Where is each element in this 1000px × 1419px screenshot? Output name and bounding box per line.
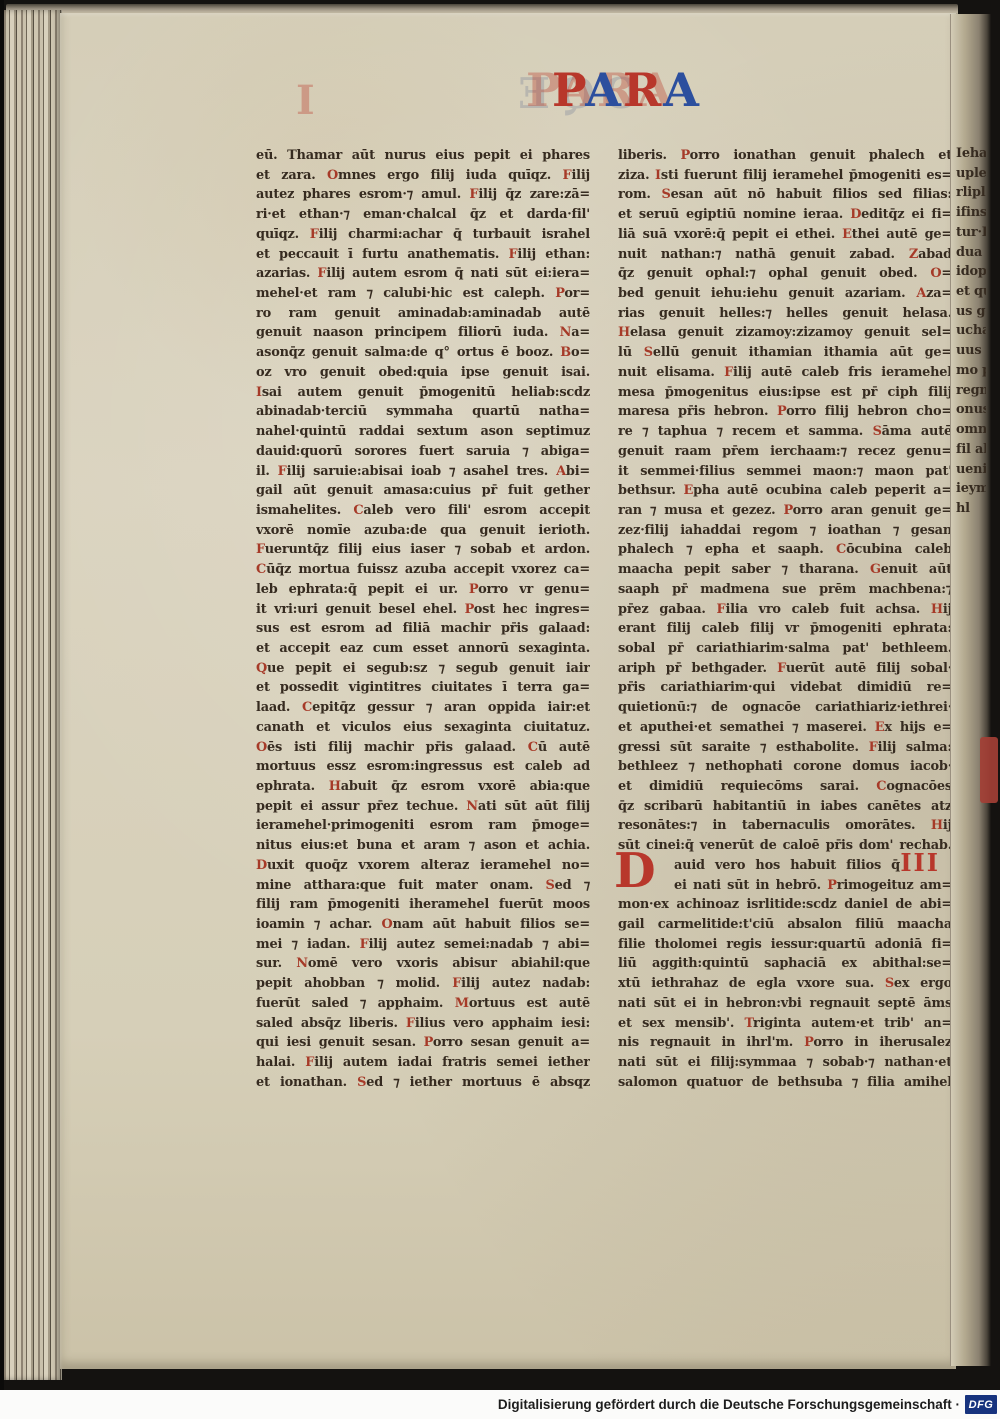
text-line: mortuus essz esrom:ingressus est caleb a… [256, 757, 590, 777]
text-line: uple [956, 164, 986, 184]
book-scan-background: I OQE PARA PARA eū. Thamar aūt nurus eiu… [0, 0, 1000, 1390]
text-line: gail carmelitide:t'ciū absalon filiū maa… [618, 915, 952, 935]
text-line: nahel·quintū raddai sextum ason septimuz [256, 422, 590, 442]
text-line: lū Sellū genuit ithamian ithamia aūt ge= [618, 343, 952, 363]
text-line: hl [956, 499, 986, 519]
text-line: ro ram genuit aminadab:aminadab autē [256, 304, 590, 324]
text-line: filie tholomei regis iessur:quartū adoni… [618, 935, 952, 955]
text-line: Ieha [956, 144, 986, 164]
text-line: mehel·et ram ⁊ calubi·hic est caleph. Po… [256, 284, 590, 304]
text-line: bed genuit iehu:iehu genuit azariam. Aza… [618, 284, 952, 304]
text-line: et dimidiū requiecōms sarai. Cognacōes [618, 777, 952, 797]
text-line: onus·q [956, 400, 986, 420]
text-line: sur. Nomē vero vxoris abisur abiahil:que [256, 954, 590, 974]
text-line: ei nati sūt in hebrō. Primogeituz am= [618, 876, 952, 896]
text-line: et sex mensib'. Triginta autem·et trib' … [618, 1014, 952, 1034]
text-line: ri·et ethan·⁊ eman·chalcal q̄z et darda·… [256, 205, 590, 225]
text-line: ioamin ⁊ achar. Onam aūt habuit filios s… [256, 915, 590, 935]
text-line: halai. Filij autem iadai fratris semei i… [256, 1053, 590, 1073]
digitization-credit-bar: Digitalisierung gefördert durch die Deut… [0, 1390, 1000, 1419]
text-line: fil alibi [956, 440, 986, 460]
text-line: saled absq̄z liberis. Filius vero apphai… [256, 1014, 590, 1034]
text-line: uchar [956, 321, 986, 341]
text-line: eū. Thamar aūt nurus eius pepit ei phare… [256, 146, 590, 166]
text-line: mine atthara:que fuit mater onam. Sed ⁊ [256, 876, 590, 896]
text-line: rias genuit helles:⁊ helles genuit helas… [618, 304, 952, 324]
text-line: et possedit vigintitres ciuitates ī terr… [256, 678, 590, 698]
running-title-area: I OQE PARA PARA [60, 61, 956, 127]
text-line: et quo [956, 282, 986, 302]
text-line: il. Filij saruie:abisai ioab ⁊ asahel tr… [256, 462, 590, 482]
running-title-letter: A [585, 63, 623, 117]
text-line: it semmei·filius semmei maon:⁊ maon pat' [618, 462, 952, 482]
text-line: nuit elisama. Filij autē caleb fris iera… [618, 363, 952, 383]
text-line: salomon quatuor de bethsuba ⁊ filia amih… [618, 1073, 952, 1093]
text-line: et peccauit ī furtu anathematis. Filij e… [256, 245, 590, 265]
text-line: tur·F [956, 223, 986, 243]
text-line: ephrata. Habuit q̄z esrom vxorē abia:que [256, 777, 590, 797]
text-line: rom. Sesan aūt nō habuit filios sed fili… [618, 185, 952, 205]
text-line: gail aūt genuit amasa:cuius pr̄ fuit get… [256, 481, 590, 501]
text-line: qui iesi genuit sesan. Porro sesan genui… [256, 1033, 590, 1053]
text-line: q̄z scribarū habitantiū in iabes canētes… [618, 797, 952, 817]
text-line: ifins [956, 203, 986, 223]
text-line: ziza. Isti fuerunt filij ieramehel p̄mog… [618, 166, 952, 186]
credit-text: Digitalisierung gefördert durch die Deut… [498, 1397, 960, 1412]
text-line: Que pepit ei segub:sz ⁊ segub genuit iai… [256, 659, 590, 679]
bleedthrough-initial: I [296, 77, 315, 124]
text-column-left: eū. Thamar aūt nurus eius pepit ei phare… [256, 146, 590, 1093]
text-line: it vri:uri genuit besel ehel. Post hec i… [256, 600, 590, 620]
text-line: mo pr [956, 361, 986, 381]
text-line: regnis [956, 381, 986, 401]
text-line: autez phares esrom·⁊ amul. Filij q̄z zar… [256, 185, 590, 205]
text-line: mesa p̄mogenitus eius:ipse est pr̄ ciph … [618, 383, 952, 403]
running-title-letter: A [663, 63, 701, 117]
text-line: dua fil [956, 243, 986, 263]
text-column-right: D III liberis. Porro ionathan genuit pha… [618, 146, 952, 1096]
next-page-partial-text: Iehauplerliplifinstur·Fdua filidophaet q… [956, 144, 986, 519]
text-line: ismahelites. Caleb vero fili' esrom acce… [256, 501, 590, 521]
running-title-letter: P [552, 63, 585, 117]
text-line: azarias. Filij autem esrom q̄ nati sūt e… [256, 264, 590, 284]
text-line: gressi sūt saraite ⁊ esthabolite. Filij … [618, 738, 952, 758]
text-line: pr̄ez gabaa. Filia vro caleb fuit achsa.… [618, 600, 952, 620]
red-fore-edge-mark [980, 737, 998, 803]
text-line: maresa pr̄is hebron. Porro filij hebron … [618, 402, 952, 422]
text-line: nis regnauit in ihrl'm. Porro in iherusa… [618, 1033, 952, 1053]
text-line: omnia [956, 420, 986, 440]
text-line: us ge [956, 302, 986, 322]
text-line: ariph pr̄ bethgader. Fuerūt autē filij s… [618, 659, 952, 679]
dfg-logo: DFG [965, 1395, 997, 1414]
text-line: uus d [956, 341, 986, 361]
text-line: resonātes:⁊ in tabernaculis omorātes. Hi… [618, 816, 952, 836]
text-line: bethsur. Epha autē ocubina caleb peperit… [618, 481, 952, 501]
scanned-page-viewer: I OQE PARA PARA eū. Thamar aūt nurus eiu… [0, 0, 1000, 1419]
text-line: ran ⁊ musa et gezez. Porro aran genuit g… [618, 501, 952, 521]
text-line: leb ephrata:q̄ pepit ei ur. Porro vr gen… [256, 580, 590, 600]
text-line: mei ⁊ iadan. Filij autez semei:nadab ⁊ a… [256, 935, 590, 955]
text-line: q̄z genuit ophal:⁊ ophal genuit obed. O= [618, 264, 952, 284]
parchment-page: I OQE PARA PARA eū. Thamar aūt nurus eiu… [60, 13, 956, 1369]
text-line: asonq̄z genuit salma:de q° ortus ē booz.… [256, 343, 590, 363]
text-line: Cūq̄z mortua fuissz azuba accepit vxorez… [256, 560, 590, 580]
text-line: mon·ex achinoaz isrlitide:scdz daniel de… [618, 895, 952, 915]
text-line: Helasa genuit zizamoy:zizamoy genuit sel… [618, 323, 952, 343]
text-line: quīqz. Filij charmi:achar q̄ turbauit is… [256, 225, 590, 245]
text-line: pepit ei assur pr̄ez techue. Nati sūt aū… [256, 797, 590, 817]
text-line: liū aggith:quintū saphaciā ex abithal:se… [618, 954, 952, 974]
text-line: erant filij caleb filij vr p̄mogeniti ep… [618, 619, 952, 639]
text-line: et ionathan. Sed ⁊ iether mortuus ē absq… [256, 1073, 590, 1093]
text-line: nitus eius:et buna et aram ⁊ ason et ach… [256, 836, 590, 856]
chapter-drop-cap: D [614, 851, 656, 891]
text-line: et seruū egiptiū nomine ieraa. Deditq̄z … [618, 205, 952, 225]
text-line: abinadab·terciū symmaha quartū natha= [256, 402, 590, 422]
text-line: genuit raam pr̄em ierchaam:⁊ recez genu= [618, 442, 952, 462]
text-line: bethleez ⁊ nethophati corone domus iacob… [618, 757, 952, 777]
running-title: PARA [552, 63, 701, 117]
text-line: rlipl [956, 183, 986, 203]
text-line: sus est esrom ad filiā machir pr̄is gala… [256, 619, 590, 639]
text-line: oz vro genuit obed:quia ipse genuit isai… [256, 363, 590, 383]
text-line: idopha [956, 262, 986, 282]
text-line: saaph pr̄ madmena sue prēm machbena:⁊ [618, 580, 952, 600]
text-line: sobal pr̄ cariathiarim·salma pat' bethle… [618, 639, 952, 659]
text-line: et aputhei·et semathei ⁊ maserei. Ex hij… [618, 718, 952, 738]
text-line: Duxit quoq̄z vxorem alteraz ieramehel no… [256, 856, 590, 876]
text-line: liā suā vxorē:q̄ pepit ei ethei. Ethei a… [618, 225, 952, 245]
text-line: fuerūt saled ⁊ apphaim. Mortuus est autē [256, 994, 590, 1014]
text-line: Isai autem genuit p̄mogenitū heliab:scdz [256, 383, 590, 403]
text-line: re ⁊ taphua ⁊ recem et samma. Sāma autē [618, 422, 952, 442]
text-line: dauid:quorū sorores fuert saruia ⁊ abiga… [256, 442, 590, 462]
text-line: et accepit eaz cum esset annorū sexagint… [256, 639, 590, 659]
running-title-letter: R [623, 63, 663, 117]
text-line: phalech ⁊ epha et saaph. Cōcubina caleb [618, 540, 952, 560]
text-line: canath et viculos eius sexaginta ciuitat… [256, 718, 590, 738]
text-line: ieramehel·primogeniti esrom ram p̄moge= [256, 816, 590, 836]
text-line: genuit naason principem filiorū iuda. Na… [256, 323, 590, 343]
text-line: nati sūt ei in hebron:vbi regnauit septē… [618, 994, 952, 1014]
text-line: laad. Cepitq̄z gessur ⁊ aran oppida iair… [256, 698, 590, 718]
chapter-numeral: III [900, 848, 940, 877]
text-line: Fueruntq̄z filij eius iaser ⁊ sobab et a… [256, 540, 590, 560]
text-line: quietionū:⁊ de ognacōe cariathiariz·ieth… [618, 698, 952, 718]
text-line: xtū iethrahaz de egla vxore sua. Sex erg… [618, 974, 952, 994]
text-line: filij ram p̄mogeniti iheramehel fuerūt m… [256, 895, 590, 915]
text-line: Oēs isti filij machir pr̄is galaad. Cū a… [256, 738, 590, 758]
text-line: nati sūt ei filij:symmaa ⁊ sobab·⁊ natha… [618, 1053, 952, 1073]
text-line: pr̄is cariathiarim·qui videbat dimidiū r… [618, 678, 952, 698]
text-line: et zara. Omnes ergo filij iuda quīqz. Fi… [256, 166, 590, 186]
text-line: ieymob [956, 479, 986, 499]
text-line: maacha pepit saber ⁊ tharana. Genuit aūt [618, 560, 952, 580]
text-line: uenia fa [956, 460, 986, 480]
text-line: vxorē nomīe azuba:de qua genuit ierioth. [256, 521, 590, 541]
text-line: zez·filij iahaddai regom ⁊ ioathan ⁊ ges… [618, 521, 952, 541]
text-line: nuit nathan:⁊ nathā genuit zabad. Zabad [618, 245, 952, 265]
next-page-fore-edge: Iehauplerliplifinstur·Fdua filidophaet q… [950, 14, 991, 1366]
text-line: pepit ahobban ⁊ molid. Filij autez nadab… [256, 974, 590, 994]
text-line: liberis. Porro ionathan genuit phalech e… [618, 146, 952, 166]
page-stack-edges [4, 10, 62, 1380]
